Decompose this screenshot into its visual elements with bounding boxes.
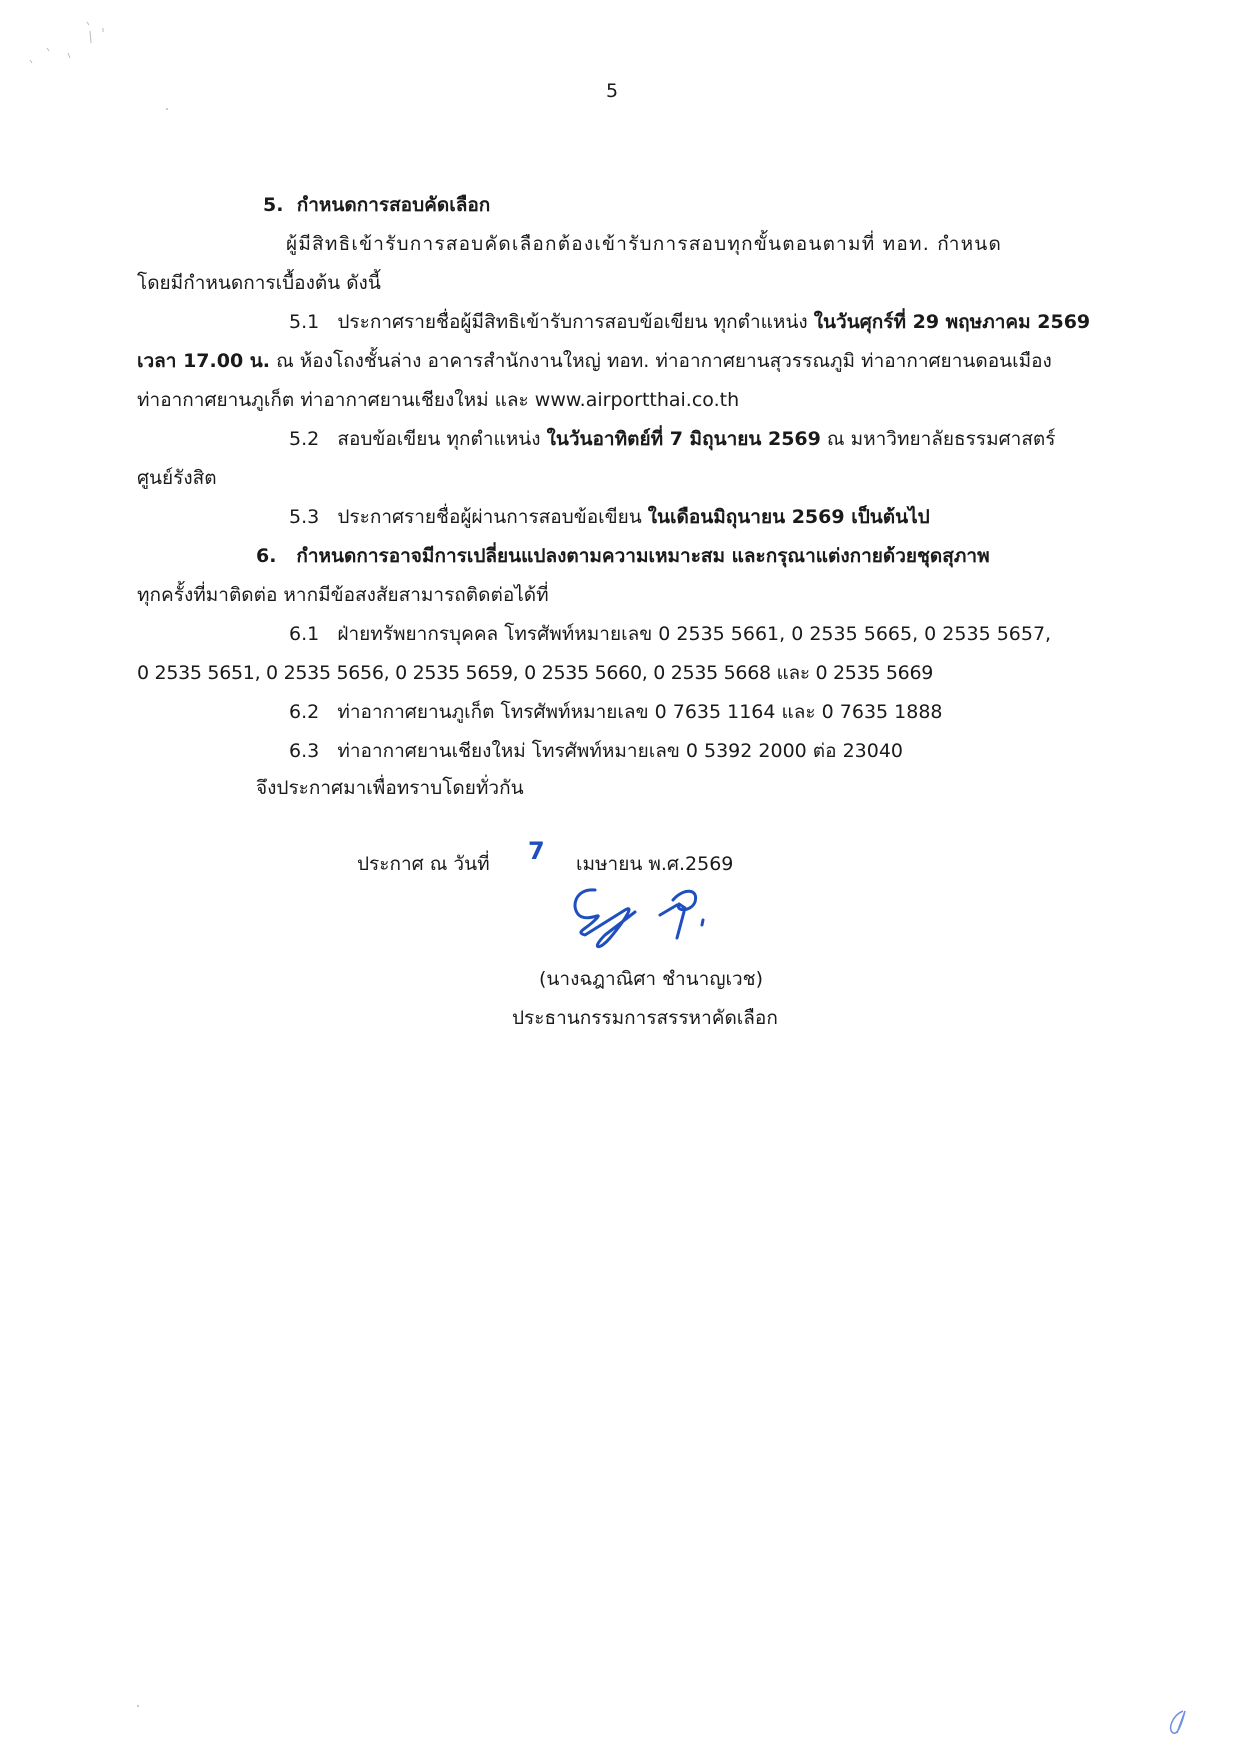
item-text: ประกาศรายชื่อผู้มีสิทธิเข้ารับการสอบข้อเ… <box>337 311 807 333</box>
section-6-line2: ทุกครั้งที่มาติดต่อ หากมีข้อสงสัยสามารถต… <box>137 582 549 608</box>
section-5-heading: 5. กำหนดการสอบคัดเลือก <box>263 192 490 218</box>
item-location: ณ มหาวิทยาลัยธรรมศาสตร์ <box>827 428 1056 450</box>
signatory-name: (นางฉฎาณิศา ชำนาญเวช) <box>539 966 763 992</box>
signature-icon <box>565 880 735 970</box>
item-number: 5.1 <box>289 311 319 333</box>
section-number: 5. <box>263 194 283 216</box>
item-5-1-line1: 5.1 ประกาศรายชื่อผู้มีสิทธิเข้ารับการสอบ… <box>289 309 1090 335</box>
document-page: 5 5. กำหนดการสอบคัดเลือก ผู้มีสิทธิเข้าร… <box>0 0 1240 1754</box>
page-number: 5 <box>606 80 618 102</box>
item-5-1-line3: ท่าอากาศยานภูเก็ต ท่าอากาศยานเชียงใหม่ แ… <box>137 387 739 413</box>
item-number: 6.3 <box>289 740 319 762</box>
item-5-2-line1: 5.2 สอบข้อเขียน ทุกตำแหน่ง ในวันอาทิตย์ท… <box>289 426 1055 452</box>
item-text: สอบข้อเขียน ทุกตำแหน่ง <box>337 428 540 450</box>
item-time: เวลา 17.00 น. <box>137 350 270 372</box>
section-title: กำหนดการสอบคัดเลือก <box>297 194 491 216</box>
item-text: ท่าอากาศยานภูเก็ต โทรศัพท์หมายเลข 0 7635… <box>337 701 942 723</box>
section-5-intro-line2: โดยมีกำหนดการเบื้องต้น ดังนี้ <box>137 270 381 296</box>
announcement-day-handwritten: 7 <box>528 838 545 864</box>
item-6-1-line2: 0 2535 5651, 0 2535 5656, 0 2535 5659, 0… <box>137 660 933 686</box>
section-5-intro-line1: ผู้มีสิทธิเข้ารับการสอบคัดเลือกต้องเข้าร… <box>286 231 1002 257</box>
scan-artifact-icon <box>25 18 115 68</box>
section-number: 6. <box>256 545 276 567</box>
item-text: ประกาศรายชื่อผู้ผ่านการสอบข้อเขียน <box>337 506 641 528</box>
item-number: 5.3 <box>289 506 319 528</box>
item-6-1-line1: 6.1 ฝ่ายทรัพยากรบุคคล โทรศัพท์หมายเลข 0 … <box>289 621 1051 647</box>
announcement-month-year: เมษายน พ.ศ.2569 <box>576 851 733 877</box>
section-title: กำหนดการอาจมีการเปลี่ยนแปลงตามความเหมาะส… <box>296 545 989 567</box>
closing-statement: จึงประกาศมาเพื่อทราบโดยทั่วกัน <box>256 775 524 801</box>
item-location: ณ ห้องโถงชั้นล่าง อาคารสำนักงานใหญ่ ทอท.… <box>276 350 1052 372</box>
item-5-2-line2: ศูนย์รังสิต <box>137 465 217 491</box>
pen-mark-icon <box>1165 1705 1195 1740</box>
item-date: ในเดือนมิถุนายน 2569 เป็นต้นไป <box>648 506 930 528</box>
announcement-prefix: ประกาศ ณ วันที่ <box>357 851 490 877</box>
item-number: 6.1 <box>289 623 319 645</box>
item-5-1-line2: เวลา 17.00 น. ณ ห้องโถงชั้นล่าง อาคารสำน… <box>137 348 1052 374</box>
section-6-heading: 6. กำหนดการอาจมีการเปลี่ยนแปลงตามความเหม… <box>256 543 990 569</box>
item-6-2-line1: 6.2 ท่าอากาศยานภูเก็ต โทรศัพท์หมายเลข 0 … <box>289 699 943 725</box>
item-text: ฝ่ายทรัพยากรบุคคล โทรศัพท์หมายเลข 0 2535… <box>337 623 1051 645</box>
item-6-3-line1: 6.3 ท่าอากาศยานเชียงใหม่ โทรศัพท์หมายเลข… <box>289 738 903 764</box>
item-date: ในวันอาทิตย์ที่ 7 มิถุนายน 2569 <box>547 428 821 450</box>
scan-speck <box>166 108 168 110</box>
item-text: ท่าอากาศยานเชียงใหม่ โทรศัพท์หมายเลข 0 5… <box>337 740 903 762</box>
item-number: 6.2 <box>289 701 319 723</box>
item-date: ในวันศุกร์ที่ 29 พฤษภาคม 2569 <box>814 311 1090 333</box>
item-5-3-line1: 5.3 ประกาศรายชื่อผู้ผ่านการสอบข้อเขียน ใ… <box>289 504 930 530</box>
item-number: 5.2 <box>289 428 319 450</box>
signatory-title: ประธานกรรมการสรรหาคัดเลือก <box>512 1005 778 1031</box>
scan-speck <box>137 1705 139 1707</box>
